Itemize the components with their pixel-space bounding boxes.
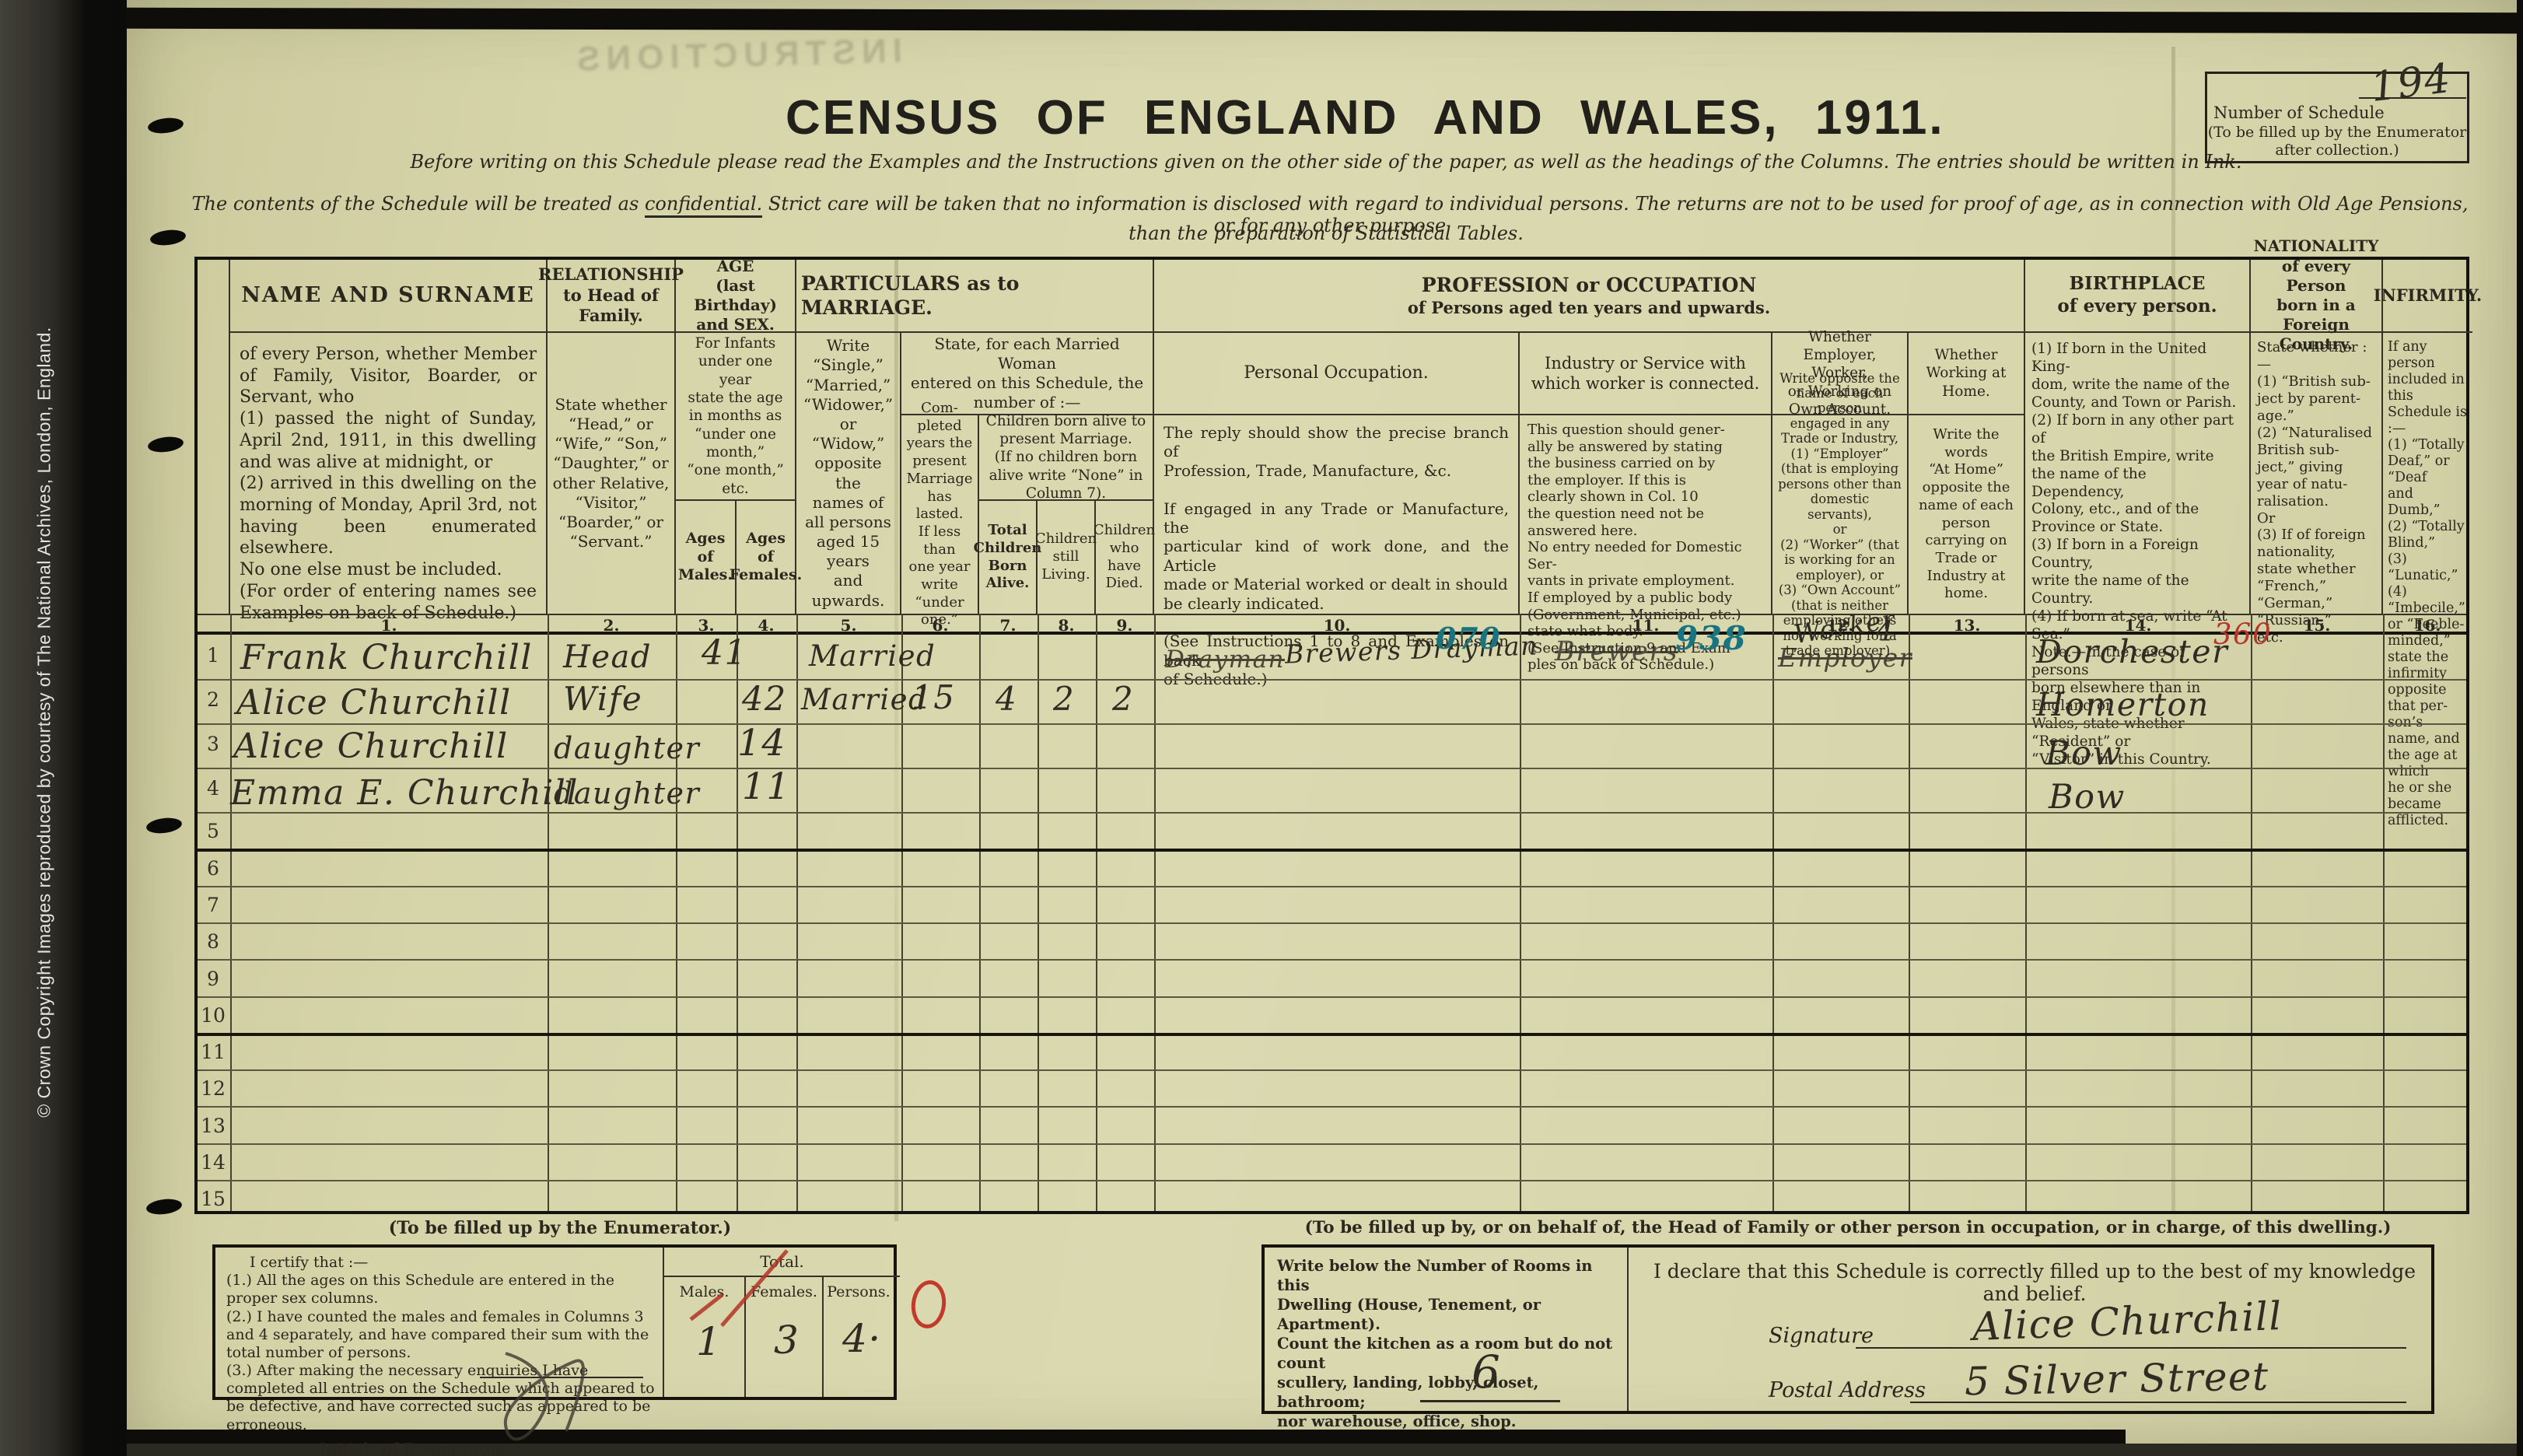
row-number: 15 (198, 1188, 229, 1210)
signature-line (1856, 1347, 2406, 1349)
confidential-word: confidential. (645, 193, 762, 218)
schedule-number-box: Number of Schedule 194 (To be filled up … (2205, 72, 2469, 163)
table-rule (676, 614, 677, 1211)
table-rule (737, 614, 738, 1211)
entry-name: Alice Churchill (236, 683, 512, 723)
header-children-born: Total Children Born Alive. (979, 501, 1038, 614)
row-rule (198, 1180, 2466, 1181)
entry-relation: Wife (563, 680, 642, 718)
colnum-7: 7. (1000, 616, 1017, 635)
table-rule (1154, 614, 1156, 1211)
totals-persons-value: 4· (842, 1316, 882, 1361)
census-schedule-scan: © Crown Copyright Images reproduced by c… (0, 0, 2523, 1456)
colnum-4: 4. (758, 616, 775, 635)
row-number: 5 (198, 820, 229, 842)
colnum-2: 2. (604, 616, 620, 635)
census-table: NAME AND SURNAME RELATIONSHIP to Head of… (194, 257, 2469, 1214)
schedule-number-note: (To be filled up by the Enumerator after… (2207, 124, 2467, 159)
entry-status-code: 4 (1876, 616, 1895, 648)
header-children-living: Children still Living. (1038, 501, 1096, 614)
colnum-11: 11. (1632, 616, 1660, 635)
entry-relation: daughter (554, 776, 700, 810)
row-rule (198, 922, 2466, 924)
header-athome-title: Whether Working at Home. (1909, 333, 2025, 415)
certify-intro: I certify that :— (226, 1254, 655, 1272)
females-label: Females. (751, 1283, 817, 1300)
table-rule (1772, 614, 1774, 1211)
header-relationship-title: RELATIONSHIP to Head of Family. (548, 260, 676, 333)
males-label: Males. (680, 1283, 730, 1300)
row-number: 1 (198, 644, 229, 667)
row-rule (198, 1143, 2466, 1145)
entry-condition: Married (801, 683, 928, 716)
declaration-text: I declare that this Schedule is correctl… (1646, 1260, 2423, 1305)
declaration-box: Write below the Number of Rooms in this … (1261, 1244, 2434, 1414)
row-rule (198, 996, 2466, 998)
entry-children-born: 4 (996, 680, 1017, 718)
table-rule (1038, 614, 1039, 1211)
header-employer-desc: Write opposite the name of each person e… (1772, 415, 1909, 614)
certify-item-1: (1.) All the ages on this Schedule are e… (226, 1272, 655, 1307)
header-marriage-title: PARTICULARS as to MARRIAGE. (796, 260, 1154, 333)
header-years-married-desc: Com- pleted years the present Marriage h… (901, 415, 979, 614)
entry-birthplace: Homerton (2036, 686, 2210, 723)
rooms-value: 6 (1471, 1346, 1501, 1398)
entry-industry-struck: Brewers (1555, 636, 1678, 667)
confidential-line2: than the preparation of Statistical Tabl… (210, 222, 2442, 244)
entry-birthplace: Bow (2049, 778, 2126, 817)
header-ages-females: Ages of Females. (737, 501, 796, 614)
header-ages-males: Ages of Males. (676, 501, 737, 614)
header-children-desc: Children born alive to present Marriage.… (979, 415, 1154, 501)
row-number: 2 (198, 688, 229, 711)
right-scan-edge (2517, 0, 2523, 1456)
table-rule (2025, 614, 2027, 1211)
row-number: 8 (198, 930, 229, 953)
header-athome-desc: Write the words “At Home” opposite the n… (1909, 415, 2025, 614)
header-relationship-desc: State whether “Head,” or “Wife,” “Son,” … (548, 333, 676, 614)
table-rule (548, 614, 549, 1211)
header-occupation-desc: The reply should show the precise branch… (1154, 415, 1520, 614)
colnum-8: 8. (1059, 616, 1075, 635)
colnum-15: 15. (2304, 616, 2331, 635)
table-rule (2251, 614, 2252, 1211)
header-name-title: NAME AND SURNAME (230, 260, 548, 333)
colnum-14: 14. (2125, 616, 2152, 635)
header-children-died: Children who have Died. (1096, 501, 1154, 614)
header-industry-desc: This question should gener- ally be answ… (1520, 415, 1772, 614)
colnum-1: 1. (381, 616, 397, 635)
page-title: CENSUS OF ENGLAND AND WALES, 1911. (786, 90, 1797, 145)
colnum-3: 3. (698, 616, 715, 635)
totals-females-value: 3 (774, 1318, 800, 1363)
entry-relation: daughter (554, 731, 700, 765)
archive-left-strip: © Crown Copyright Images reproduced by c… (0, 0, 127, 1456)
header-infirmity-title: INFIRMITY. (2383, 260, 2472, 333)
schedule-number-label: Number of Schedule (2213, 103, 2385, 122)
row-number: 4 (198, 777, 229, 800)
header-rownum (198, 260, 230, 614)
entry-age-male: 41 (702, 633, 747, 673)
row-number: 10 (198, 1004, 229, 1027)
entry-name: Frank Churchill (240, 638, 533, 677)
schedule-number-value: 194 (2368, 55, 2454, 111)
entry-name: Alice Churchill (233, 726, 509, 766)
header-occupation-title: Personal Occupation. (1154, 333, 1520, 415)
table-rule (1096, 614, 1097, 1211)
entry-years-married: 15 (912, 678, 955, 716)
header-infirmity-desc: If any person included in this Schedule … (2383, 333, 2472, 614)
header-age-desc: For Infants under one year state the age… (676, 333, 796, 501)
row-number: 12 (198, 1077, 229, 1100)
entry-birthplace-code: 360 (2213, 618, 2272, 651)
colnum-9: 9. (1117, 616, 1133, 635)
table-rule (2383, 614, 2385, 1211)
entry-age-female: 11 (742, 765, 791, 808)
enumerator-heading: (To be filled up by the Enumerator.) (233, 1218, 887, 1238)
row-number: 14 (198, 1151, 229, 1174)
colnum-16: 16. (2414, 616, 2441, 635)
colnum-10: 10. (1324, 616, 1351, 635)
entry-children-living: 2 (1053, 680, 1075, 718)
table-rule (796, 614, 798, 1211)
table-rule (230, 614, 232, 1211)
row-rule-thick (198, 849, 2466, 852)
profession-title-line: PROFESSION or OCCUPATION (1422, 273, 1757, 298)
entry-industry-code: 938 (1675, 619, 1747, 657)
entry-age-female: 14 (737, 722, 786, 765)
entry-relation: Head (563, 639, 652, 675)
row-number: 13 (198, 1115, 229, 1137)
entry-occupation-code: 070 (1436, 621, 1501, 656)
colnum-5: 5. (841, 616, 857, 635)
rooms-line (1420, 1400, 1560, 1402)
row-rule (198, 679, 2466, 681)
header-age-title: AGE (last Birthday) and SEX. (676, 260, 796, 333)
rooms-instructions: Write below the Number of Rooms in this … (1265, 1248, 1629, 1411)
signature-label: Signature (1769, 1324, 1874, 1348)
row-number: 6 (198, 857, 229, 880)
entry-occupation-struck: Drayman (1165, 646, 1285, 674)
enumerator-initials-flourish (482, 1339, 614, 1456)
row-rule (198, 1106, 2466, 1108)
row-rule (198, 723, 2466, 725)
postal-address-value: 5 Silver Street (1965, 1354, 2270, 1405)
entry-condition: Married (809, 639, 936, 673)
row-rule (198, 1069, 2466, 1071)
profession-subtitle-line: of Persons aged ten years and upwards. (1408, 298, 1770, 318)
header-nationality-title: NATIONALITY of every Person born in a Fo… (2251, 260, 2383, 333)
row-number: 9 (198, 968, 229, 990)
entry-birthplace: Dorchester (2036, 633, 2228, 670)
row-number: 3 (198, 733, 229, 755)
header-birthplace-desc: (1) If born in the United King- dom, wri… (2025, 333, 2251, 614)
row-number: 7 (198, 894, 229, 916)
header-industry-title: Industry or Service with which worker is… (1520, 333, 1772, 415)
header-nationality-desc: State whether :— (1) “British sub- ject … (2251, 333, 2383, 614)
totals-males-value: 1 (696, 1319, 722, 1364)
colnum-13: 13. (1954, 616, 1981, 635)
header-condition-desc: Write “Single,” “Married,” “Widower,” or… (796, 333, 901, 614)
table-rule (1520, 614, 1521, 1211)
row-number: 11 (198, 1041, 229, 1063)
header-name-desc: of every Person, whether Member of Famil… (230, 333, 548, 614)
row-rule (198, 959, 2466, 961)
copyright-sidebar-text: © Crown Copyright Images reproduced by c… (34, 116, 55, 1329)
entry-children-died: 2 (1112, 680, 1134, 718)
table-rule (1909, 614, 1910, 1211)
colnum-6: 6. (933, 616, 949, 635)
declaration-heading: (To be filled up by, or on behalf of, th… (1260, 1218, 2436, 1237)
instruction-line: Before writing on this Schedule please r… (210, 151, 2442, 173)
entry-birthplace: Bow (2045, 734, 2122, 773)
entry-age-female: 42 (742, 680, 787, 719)
row-rule (198, 886, 2466, 887)
confidential-pre: The contents of the Schedule will be tre… (192, 193, 645, 215)
persons-label: Persons. (827, 1283, 890, 1300)
header-profession-title: PROFESSION or OCCUPATION of Persons aged… (1154, 260, 2025, 333)
row-rule (198, 768, 2466, 769)
header-birthplace-title: BIRTHPLACE of every person. (2025, 260, 2251, 333)
entry-name: Emma E. Churchill (230, 773, 579, 813)
table-rule (979, 614, 981, 1211)
postal-address-label: Postal Address (1769, 1378, 1926, 1402)
row-rule-thick (198, 1033, 2466, 1036)
